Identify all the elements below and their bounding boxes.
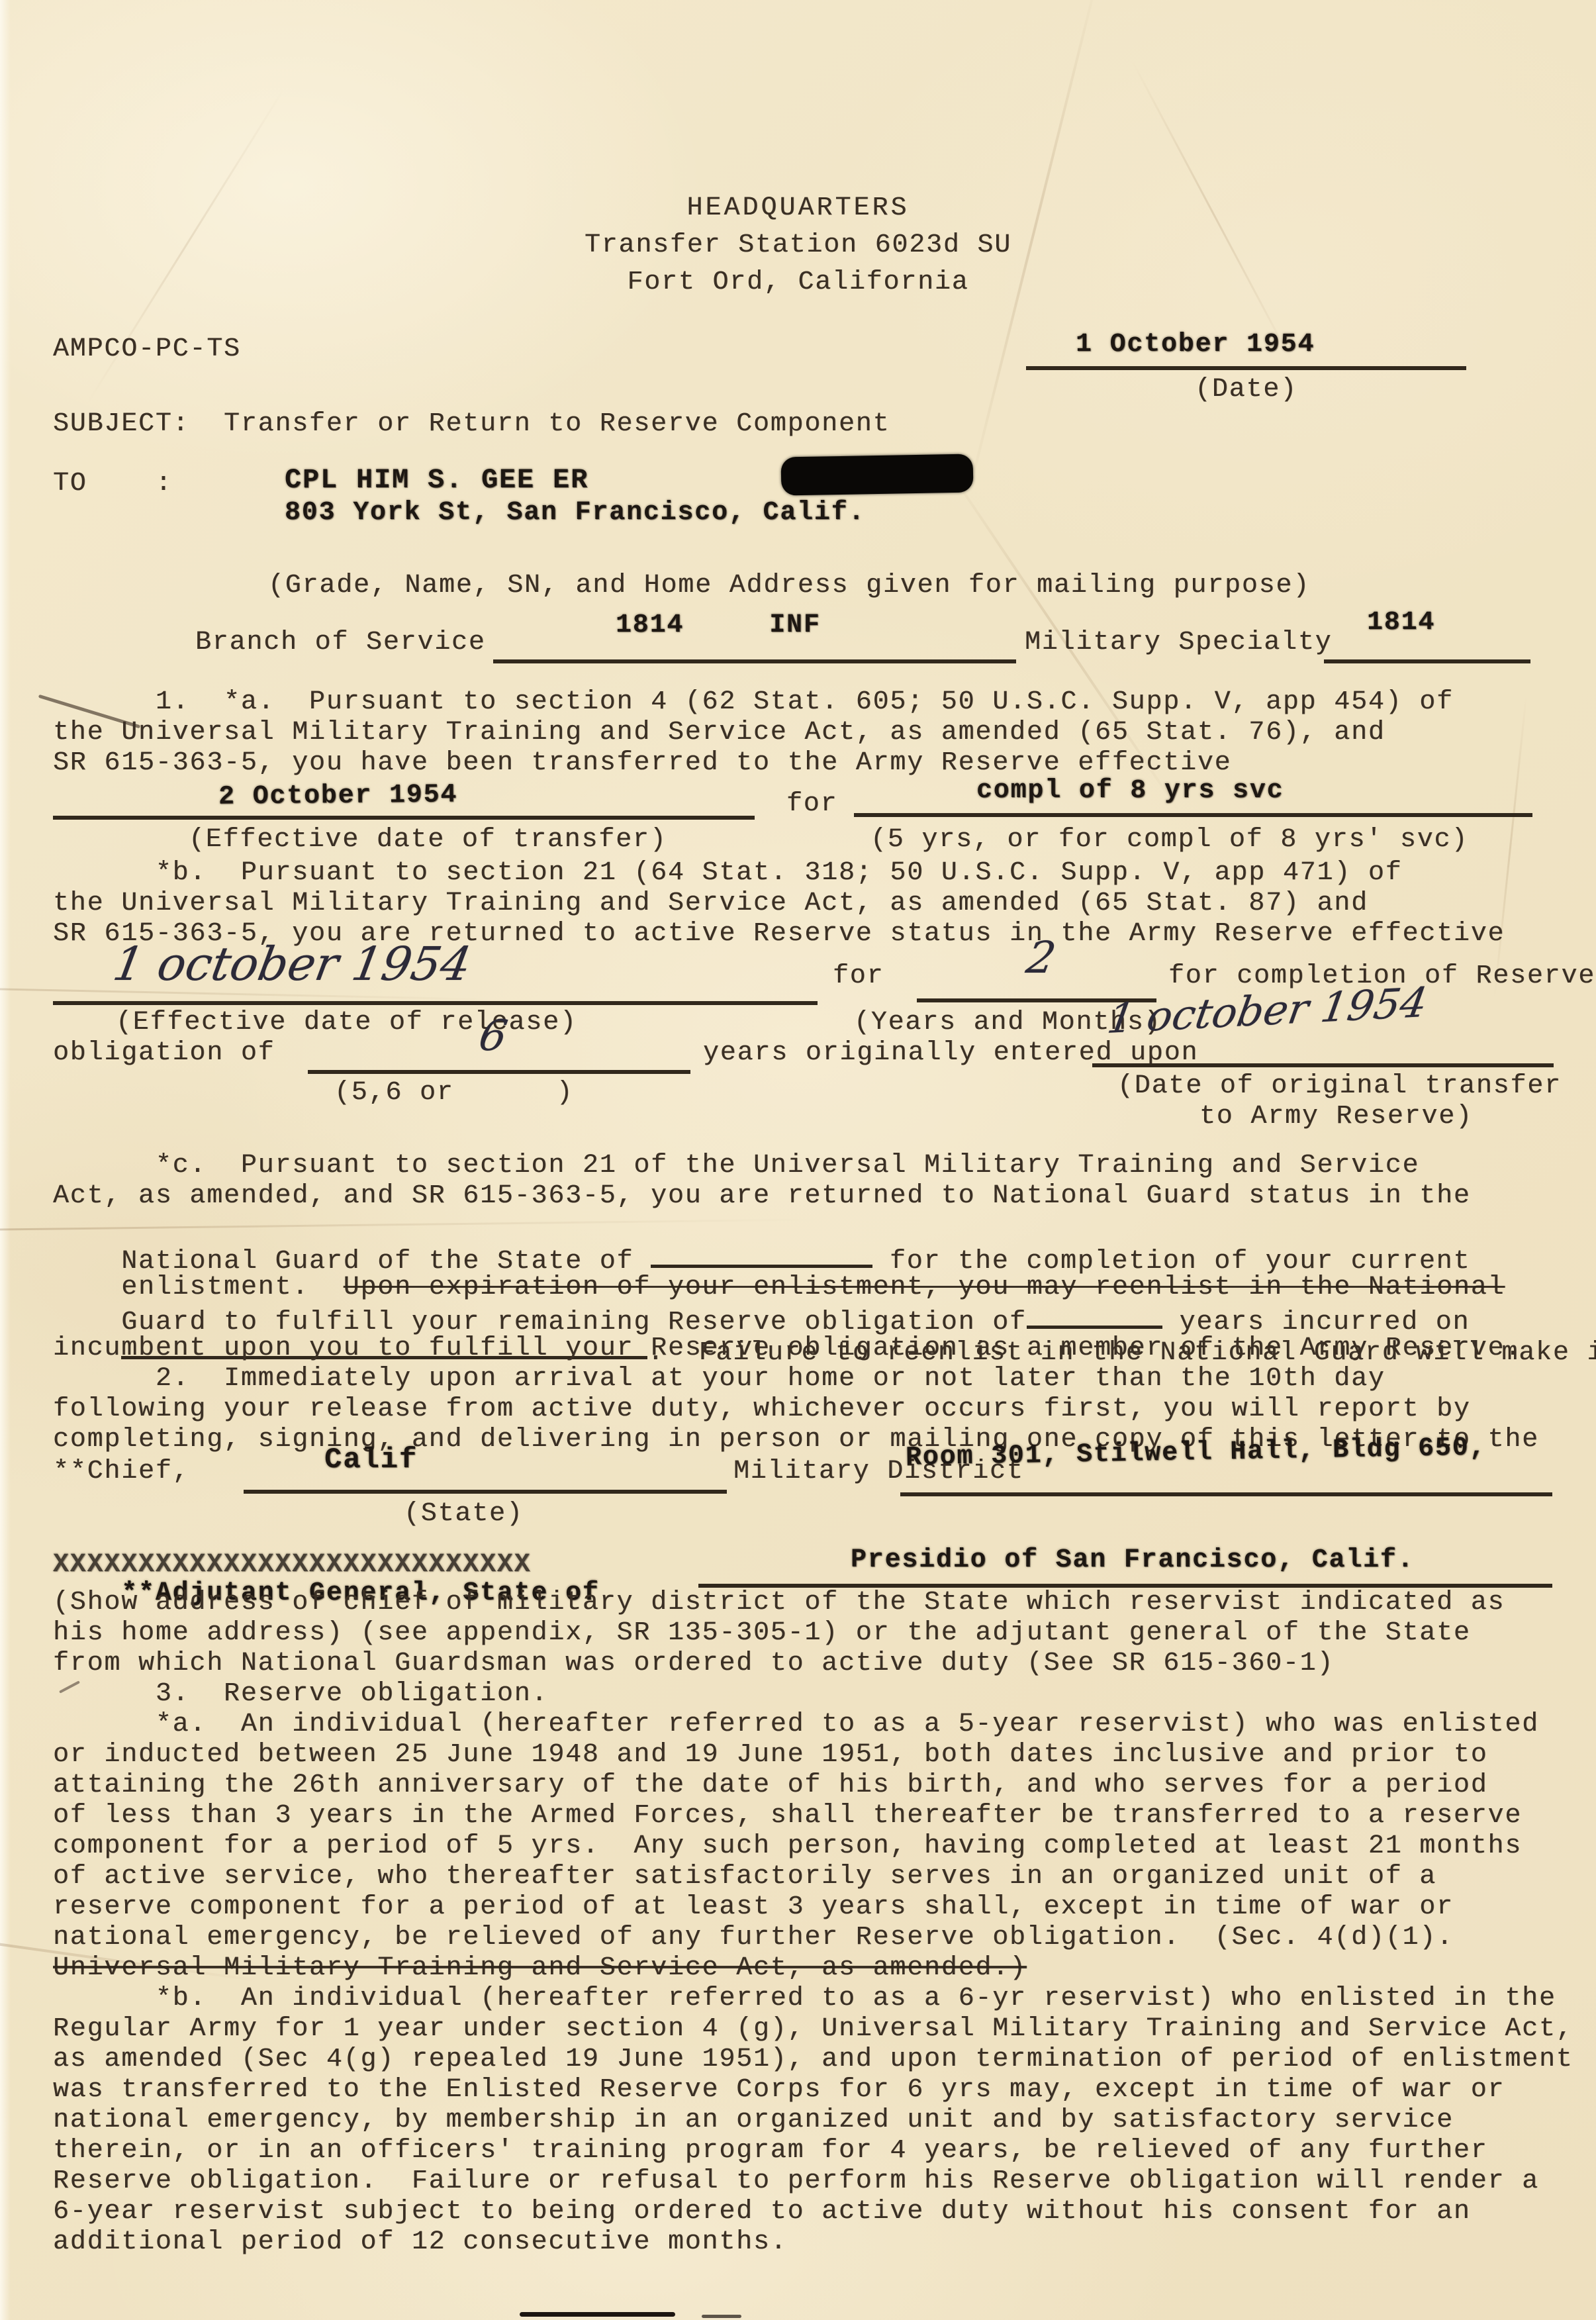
header-line-headquarters: HEADQUARTERS bbox=[0, 193, 1596, 224]
obligation-prefix: obligation of bbox=[53, 1038, 275, 1069]
for-word-1b: for bbox=[833, 961, 884, 992]
paragraph-1c-line4: enlistment. Upon expiration of your enli… bbox=[53, 1242, 1505, 1273]
text-line: national emergency, be relieved of any f… bbox=[53, 1923, 1539, 1953]
text-line: the Universal Military Training and Serv… bbox=[53, 889, 1505, 919]
text-line: additional period of 12 consecutive mont… bbox=[53, 2227, 1573, 2258]
paragraph-3b: *b. An individual (hereafter referred to… bbox=[53, 1984, 1573, 2258]
transfer-date-caption: (Effective date of transfer) bbox=[189, 825, 667, 855]
state-caption: (State) bbox=[404, 1499, 524, 1529]
text-line: (Show address of chief of military distr… bbox=[53, 1588, 1505, 1618]
state-stamp: Calif bbox=[324, 1445, 418, 1475]
next-page-sliver bbox=[702, 2315, 741, 2318]
original-date-handwritten: 1 october 1954 bbox=[1104, 978, 1431, 1043]
x-strikeout-overlay: XXXXXXXXXXXXXXXXXXXXXXXXXXXX bbox=[53, 1550, 532, 1580]
text-line: 2. Immediately upon arrival at your home… bbox=[53, 1364, 1539, 1394]
text-line: component for a period of 5 yrs. Any suc… bbox=[53, 1831, 1539, 1862]
text-line: attaining the 26th anniversary of the da… bbox=[53, 1770, 1539, 1801]
presidio-stamp: Presidio of San Francisco, Calif. bbox=[851, 1545, 1415, 1576]
text-line: the Universal Military Training and Serv… bbox=[53, 718, 1454, 748]
text-line: 1. *a. Pursuant to section 4 (62 Stat. 6… bbox=[53, 687, 1454, 718]
office-symbol: AMPCO-PC-TS bbox=[53, 334, 241, 365]
text-line: Regular Army for 1 year under section 4 … bbox=[53, 2014, 1573, 2045]
state-underline bbox=[244, 1490, 727, 1494]
specialty-underline bbox=[1324, 659, 1530, 663]
paragraph-3a-struck-line: Universal Military Training and Service … bbox=[53, 1953, 1027, 1984]
military-specialty-label: Military Specialty bbox=[1025, 628, 1332, 658]
chief-label: **Chief, bbox=[53, 1457, 189, 1487]
text-line: of less than 3 years in the Armed Forces… bbox=[53, 1801, 1539, 1831]
paper-edge-left bbox=[0, 0, 11, 2320]
original-transfer-caption-1: (Date of original transfer bbox=[1117, 1071, 1562, 1102]
obligation-years-underline bbox=[308, 1070, 690, 1074]
text-line: *a. An individual (hereafter referred to… bbox=[53, 1710, 1539, 1740]
branch-underline bbox=[493, 659, 1016, 663]
release-date-handwritten: 1 october 1954 bbox=[109, 937, 475, 991]
paragraph-1a: 1. *a. Pursuant to section 4 (62 Stat. 6… bbox=[53, 687, 1454, 779]
text-line: *b. Pursuant to section 21 (64 Stat. 318… bbox=[53, 858, 1505, 889]
text-line: as amended (Sec 4(g) repealed 19 June 19… bbox=[53, 2045, 1573, 2075]
paragraph-1c-line5: Guard to fulfill your remaining Reserve … bbox=[53, 1273, 1470, 1303]
duration-caption: (5 yrs, or for compl of 8 yrs' svc) bbox=[870, 825, 1468, 855]
paragraph-1c-line7: incumbent upon you to fulfill your Reser… bbox=[53, 1333, 1522, 1364]
five-six-caption: (5,6 or ) bbox=[334, 1078, 573, 1108]
text-line: national emergency, by membership in an … bbox=[53, 2105, 1573, 2136]
paragraph-1c-line6: . Failure to reenlist in the National Gu… bbox=[53, 1303, 1596, 1333]
branch-of-service-label: Branch of Service bbox=[195, 628, 486, 658]
paragraph-1c-line2: Act, as amended, and SR 615-363-5, you a… bbox=[53, 1181, 1471, 1212]
grade-note: (Grade, Name, SN, and Home Address given… bbox=[268, 571, 1310, 601]
text-line: following your release from active duty,… bbox=[53, 1394, 1539, 1425]
next-page-sliver bbox=[520, 2312, 675, 2317]
paper-crease bbox=[1493, 696, 1527, 999]
date-underline bbox=[1026, 366, 1466, 370]
original-transfer-caption-2: to Army Reserve) bbox=[1199, 1102, 1473, 1132]
text-line: was transferred to the Enlisted Reserve … bbox=[53, 2075, 1573, 2105]
specialty-value: 1814 bbox=[1367, 608, 1435, 638]
text-line: 6-year reservist subject to being ordere… bbox=[53, 2197, 1573, 2227]
duration-underline bbox=[854, 813, 1532, 817]
text-line: reserve component for a period of at lea… bbox=[53, 1892, 1539, 1923]
for-word: for bbox=[786, 789, 837, 820]
paragraph-1c-line3: National Guard of the State of for the c… bbox=[53, 1212, 1470, 1242]
text-line: *b. An individual (hereafter referred to… bbox=[53, 1984, 1573, 2014]
date-label: (Date) bbox=[1026, 375, 1466, 405]
scanned-document-page: HEADQUARTERS Transfer Station 6023d SU F… bbox=[0, 0, 1596, 2320]
transfer-date-stamp: 2 October 1954 bbox=[218, 780, 458, 812]
paragraph-1c-line1: *c. Pursuant to section 21 of the Univer… bbox=[53, 1151, 1419, 1181]
branch-value: 1814 INF bbox=[616, 610, 821, 641]
paragraph-3-notes: (Show address of chief of military distr… bbox=[53, 1588, 1505, 1710]
text-line: of active service, who thereafter satisf… bbox=[53, 1862, 1539, 1892]
text-line: his home address) (see appendix, SR 135-… bbox=[53, 1618, 1505, 1649]
to-label: TO : bbox=[53, 469, 173, 499]
to-name-stamp: CPL HIM S. GEE ER bbox=[285, 465, 588, 495]
to-address-stamp: 803 York St, San Francisco, Calif. bbox=[285, 498, 865, 528]
redaction-box bbox=[781, 454, 974, 495]
header-line-station: Transfer Station 6023d SU bbox=[0, 230, 1596, 261]
text-line: therein, or in an officers' training pro… bbox=[53, 2136, 1573, 2166]
duration-stamp: compl of 8 yrs svc bbox=[976, 776, 1284, 806]
paragraph-3a: *a. An individual (hereafter referred to… bbox=[53, 1710, 1539, 1953]
text-line: SR 615-363-5, you have been transferred … bbox=[53, 748, 1454, 779]
text-line: or inducted between 25 June 1948 and 19 … bbox=[53, 1740, 1539, 1770]
text-line: 3. Reserve obligation. bbox=[53, 1679, 1505, 1710]
header-line-location: Fort Ord, California bbox=[0, 267, 1596, 298]
release-date-underline bbox=[53, 1001, 818, 1005]
text-line: from which National Guardsman was ordere… bbox=[53, 1649, 1505, 1679]
paragraph-1b: *b. Pursuant to section 21 (64 Stat. 318… bbox=[53, 858, 1505, 949]
original-date-underline bbox=[1092, 1063, 1554, 1067]
date-value: 1 October 1954 bbox=[1076, 330, 1315, 360]
district-underline bbox=[900, 1492, 1552, 1496]
subject-line: SUBJECT: Transfer or Return to Reserve C… bbox=[53, 409, 890, 440]
text-line: Reserve obligation. Failure or refusal t… bbox=[53, 2166, 1573, 2197]
transfer-date-underline bbox=[53, 816, 755, 820]
